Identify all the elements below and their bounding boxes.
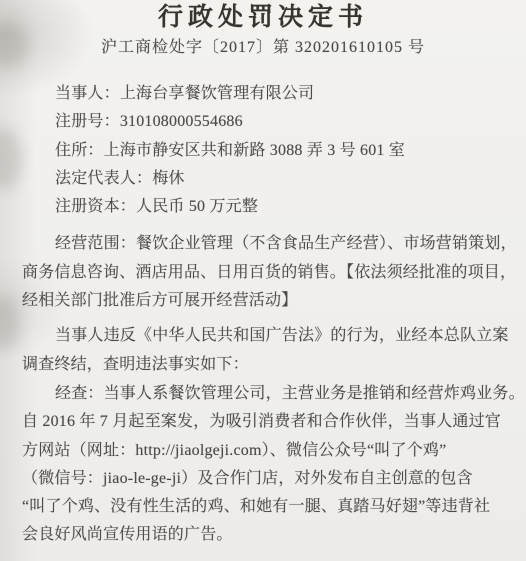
document-title: 行政处罚决定书 [0,3,526,33]
scan-smudge [0,128,22,190]
scan-smudge [0,296,20,350]
field-party-label: 当事人： [55,85,120,102]
field-party: 当事人：上海台享餐饮管理有限公司 [22,80,506,108]
field-party-value: 上海台享餐饮管理有限公司 [120,85,314,102]
paragraph-line: “叫了个鸡、没有性生活的鸡、和她有一腿、真踏马好翅”等违背社 [22,493,506,521]
paragraph-line: 当事人违反《中华人民共和国广告法》的行为，业经本总队立案 [22,322,506,350]
field-registration-number: 注册号：310108000554686 [22,108,506,136]
field-legal-representative: 法定代表人：梅休 [22,165,506,193]
field-legal-representative-label: 法定代表人： [55,170,152,187]
paragraph-investigation-findings: 经查：当事人系餐饮管理公司，主营业务是推销和经营炸鸡业务。 自 2016 年 7… [22,380,506,550]
field-legal-representative-value: 梅休 [152,170,184,187]
paragraph-line: 经查：当事人系餐饮管理公司，主营业务是推销和经营炸鸡业务。 [22,380,506,408]
field-registration-number-value: 310108000554686 [120,113,243,130]
document-case-number: 沪工商检处字〔2017〕第 320201610105 号 [0,37,526,59]
field-registered-capital: 注册资本：人民币 50 万元整 [22,193,506,221]
field-address-label: 住所： [55,142,104,159]
paragraph-business-scope: 经营范围：餐饮企业管理（不含食品生产经营）、市场营销策划， 商务信息咨询、酒店用… [22,230,506,315]
document-body: 当事人：上海台享餐饮管理有限公司 注册号：310108000554686 住所：… [22,80,506,550]
field-address-value: 上海市静安区共和新路 3088 弄 3 号 601 室 [104,142,405,159]
field-registered-capital-label: 注册资本： [55,198,136,215]
paragraph-line: 会良好风尚宣传用语的广告。 [22,521,506,549]
paragraph-violation-intro: 当事人违反《中华人民共和国广告法》的行为，业经本总队立案 调查终结，查明违法事实… [22,322,506,379]
paragraph-line: 经相关部门批准后方可展开经营活动】 [22,287,506,315]
scanned-penalty-document: 行政处罚决定书 沪工商检处字〔2017〕第 320201610105 号 当事人… [0,0,526,561]
paragraph-line: 方网站（网址：http://jiaolgeji.com）、微信公众号“叫了个鸡” [22,437,506,465]
paragraph-line: 经营范围：餐饮企业管理（不含食品生产经营）、市场营销策划， [22,230,506,258]
paragraph-line: 自 2016 年 7 月起至案发，为吸引消费者和合作伙伴，当事人通过官 [22,408,506,436]
field-registration-number-label: 注册号： [55,113,120,130]
paragraph-line: （微信号：jiao-le-ge-ji）及合作门店，对外发布自主创意的包含 [22,465,506,493]
paragraph-line: 商务信息咨询、酒店用品、日用百货的销售。【依法须经批准的项目， [22,259,506,287]
field-address: 住所：上海市静安区共和新路 3088 弄 3 号 601 室 [22,137,506,165]
field-registered-capital-value: 人民币 50 万元整 [136,198,258,215]
paragraph-line: 调查终结，查明违法事实如下： [22,351,506,379]
